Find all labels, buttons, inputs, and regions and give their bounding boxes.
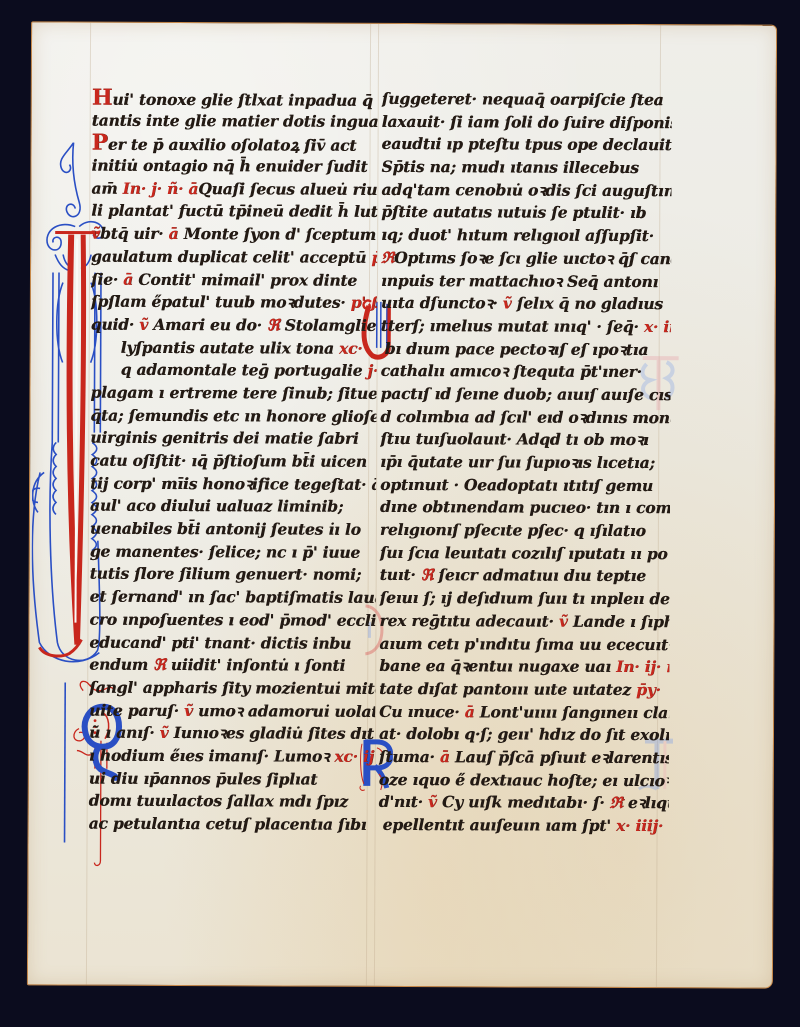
- text-line: uite paruſ· ṽ umoꝛ adamoruı̇ uolat: [89, 699, 375, 723]
- line-text: epellentıt auıſeuın ıam ſpt': [383, 815, 616, 835]
- text-line: ſtuma· ā Lauſ p̄ſcā pſıuıt eꝛlarentıs: [379, 746, 669, 770]
- line-text: cathalıı amıcoꝛ ſtequta p̄t'ıner·: [381, 361, 642, 381]
- line-text: catu oſiſtit· ıq̄ p̄ſtioſum bt̄i uicen: [90, 451, 367, 471]
- line-text: uıta dſunctoꝛ·: [381, 293, 503, 313]
- line-text: ge manentes· ſelice; nc ı p̄' iuue: [90, 541, 360, 561]
- text-line: eaudtıi ıp pteſtu tpus ope declauit·: [382, 133, 672, 157]
- line-text: umoꝛ adamoruı̇ uolat: [193, 701, 375, 721]
- text-line: lyſpantis autate ulix tona xc·: [91, 336, 377, 360]
- rubric-mark: p' ß: [351, 293, 377, 312]
- left-column: Hui' tonoxe glie ſtlxat inpadua q̄tantis…: [89, 87, 378, 837]
- rubric-mark: p̄y·: [636, 680, 661, 699]
- rubric-mark: ā: [465, 702, 475, 721]
- text-line: ſuggeteret· nequaq̄ oarpiſcie ſtea: [382, 88, 672, 112]
- text-line: ſtıu tuıſuolauıt· Adqd tı ob moꝛı: [380, 428, 670, 452]
- text-line: ıp̄ı q̄utate uır ſuı ſupıoꝛıs lıcetıa;: [380, 451, 670, 475]
- text-line: cro ınpoſuentes ı eod' p̄mod' ecclia: [89, 608, 375, 632]
- text-line: tate dıſat pantoııı uıte uıtatez p̄y·: [379, 678, 669, 702]
- text-line: Hui' tonoxe glie ſtlxat inpadua q̄: [92, 87, 378, 111]
- line-text: Cy uıſk medıtabı· ſ·: [437, 792, 610, 812]
- line-text: Cu ınuce·: [379, 701, 465, 720]
- rubric-mark: ṽ: [428, 792, 437, 811]
- text-line: d'nıt· ṽ Cy uıſk medıtabı· ſ· ℜ eꝛlıqua …: [379, 791, 669, 815]
- rubric-mark: j·: [367, 361, 376, 380]
- text-line: domı tuuılactos ſallax mdı ſpız: [89, 790, 375, 814]
- line-text: q̄ta; ſemundis etc ın honore glioſe: [90, 405, 376, 425]
- line-text: tuıt·: [380, 565, 421, 584]
- line-text: ac petulantıa cetuſ placentıa ſıbı: [89, 814, 367, 834]
- rubric-mark: x· iiij·: [616, 816, 663, 835]
- line-text: rex reḡtıtu adecauıt·: [379, 611, 558, 631]
- text-line: tij corp' mīis honoꝛifice tegeſtat· ā: [90, 472, 376, 496]
- rubric-mark: ℜ: [153, 655, 166, 674]
- text-line: initiu̇ ontagio nq̄ h̄ enuider ſudit: [91, 155, 377, 179]
- line-text: adq'tam cenobıu̇ oꝛdis ſci auguſtını: [381, 180, 671, 200]
- line-text: pactıſ ıd ſeıne duob; aıuıſ auıſe cıs: [380, 384, 670, 404]
- text-line: tuıt· ℜ ſeıcr admatıuı dıu teptıe: [380, 564, 670, 588]
- rubric-mark: ṽ: [184, 701, 193, 720]
- line-text: ı hodium e̋ıes imanıſ· Lumoꝛ: [89, 746, 335, 766]
- line-text: ũ ı anıſ·: [89, 723, 160, 742]
- line-text: q adamontale teḡ portugalie: [121, 360, 368, 380]
- line-text: ſangl' appharis ſity mozientuı̇ mites: [89, 678, 375, 698]
- line-text: ſuı ſcıa leuıtatı cozılıſ ıputatı ıı po: [380, 543, 668, 563]
- text-line: tutis ſlore ſilium genuert· nomi;: [90, 563, 376, 587]
- text-line: tantis inte glie matier dotis ingua: [92, 109, 378, 133]
- rubricated-initial: H: [92, 87, 113, 111]
- line-text: d'nıt·: [379, 792, 428, 811]
- text-line: ũ ı anıſ· ṽ Iunıoꝛes gladiu̇ ſites dıt: [89, 722, 375, 746]
- text-line: li plantat' fuctū tp̄ineū dedit h̄ lutus: [91, 200, 377, 224]
- text-line: am̄ In· j· ñ· āQuaſi ſecus alueu̇ riui: [91, 177, 377, 201]
- rubric-mark: In· j· ñ· ā: [123, 179, 199, 198]
- text-line: educand' pti' tnant· dictis inbu: [89, 631, 375, 655]
- text-line: ui diu ıp̄annos p̄ules ſiplıat: [89, 767, 375, 791]
- line-text: ſelıx q̄ no gladıus: [512, 294, 663, 314]
- line-text: quid·: [91, 315, 140, 334]
- line-text: Lont'uıııı ſangıneıı clam: [474, 702, 669, 722]
- text-line: uirginis genitris dei matie ſabri: [90, 427, 376, 451]
- rubric-mark: ℜ: [267, 315, 280, 334]
- text-line: rex reḡtıtu adecauıt· ṽ Lande ı ſıph: [379, 610, 669, 634]
- rubric-mark: xc·: [339, 338, 363, 357]
- text-line: cathalıı amıcoꝛ ſtequta p̄t'ıner·: [381, 360, 671, 384]
- line-text: oze ıquo e̋ dextıauc hoſte; eı ulcıoꝛe·: [379, 770, 669, 790]
- line-text: btq̄ uir·: [100, 224, 169, 243]
- text-line: catu oſiſtit· ıq̄ p̄ſtioſum bt̄i uicen: [90, 450, 376, 474]
- text-line: p̄ſtite autatıs ıutuı̇s ſe ptulit· ıb: [381, 201, 671, 225]
- text-line: ṽbtq̄ uir· ā Monte ſyon d' ſceptum: [91, 223, 377, 247]
- line-text: Contit' mimail' prox dinte: [133, 269, 357, 289]
- text-line: adq'tam cenobıu̇ oꝛdis ſci auguſtını: [381, 179, 671, 203]
- text-line: ac petulantıa cetuſ placentıa ſıbı: [89, 813, 375, 837]
- text-line: endum ℜ uiidit' inſontu̇ ı ſonti: [89, 654, 375, 678]
- line-text: uirginis genitris dei matie ſabri: [90, 428, 358, 448]
- text-line: epellentıt auıſeuın ıam ſpt' x· iiij·: [379, 814, 669, 838]
- text-line: bane ea q̄ꝛentuı nugaxe uaı In· ij· ñ·: [379, 655, 669, 679]
- rubric-mark: In· ij· ñ·: [616, 657, 669, 676]
- text-line: at· dolobı q·ſ; geıı' hdız do ſıt exolıı…: [379, 723, 669, 747]
- line-text: Monte ſyon d' ſceptum: [178, 224, 376, 244]
- line-text: uiidit' inſontu̇ ı ſonti: [166, 655, 346, 675]
- rubric-mark: ṽ: [503, 294, 512, 313]
- line-text: optınuıt · Oeadoptatı ıtıtıſ gemu: [380, 475, 653, 495]
- text-line: q̄ta; ſemundis etc ın honore glioſe: [90, 404, 376, 428]
- line-text: Sp̄tis na; mudı ıtanıs illecebus: [381, 157, 638, 177]
- line-text: Lauſ p̄ſcā pſıuıt eꝛlarentıs: [450, 747, 669, 767]
- line-text: tij corp' mīis honoꝛifice tegeſtat· ā: [90, 473, 376, 493]
- line-text: ſeıuı ſ; ıj deſıdıum ſuıı tı ınpleıı deq…: [380, 588, 670, 608]
- text-line: ſangl' appharis ſity mozientuı̇ mites: [89, 677, 375, 701]
- line-text: bane ea q̄ꝛentuı nugaxe uaı: [379, 656, 616, 676]
- rubric-mark: ā: [123, 269, 133, 288]
- text-line: aul' aco diului ualuaz liminib;: [90, 495, 376, 519]
- line-text: ſtuma·: [379, 747, 440, 766]
- line-text: ıp̄ı q̄utate uır ſuı ſupıoꝛıs lıcetıa;: [380, 452, 655, 472]
- text-line: gaulatum duplicat celit' acceptū p̄ ſr: [91, 245, 377, 269]
- rubric-mark: ṽ: [139, 315, 148, 334]
- text-line: quid· ṽ Amari eu do· ℜ Stolamglie·: [91, 314, 377, 338]
- rubric-mark: ℜ: [381, 248, 394, 267]
- text-line: ınpuis ter mattachıoꝛ Seq̄ antonı: [381, 269, 671, 293]
- rubric-mark: ℜ: [421, 566, 434, 585]
- line-text: tutis ſlore ſilium genuert· nomi;: [90, 564, 362, 584]
- text-line: ſpſlam e̋patul' tuub moꝛdutes· p' ß: [91, 291, 377, 315]
- line-text: initiu̇ ontagio nq̄ h̄ enuider ſudit: [91, 156, 367, 176]
- manuscript-leaf: Hui' tonoxe glie ſtlxat inpadua q̄tantis…: [27, 21, 777, 988]
- right-column: ſuggeteret· nequaq̄ oarpiſcie ſtealaxaui…: [379, 88, 672, 838]
- rubric-mark: ṽ: [559, 611, 568, 630]
- line-text: ıq; duot' hıtum relıgıoıl aſſupſit·: [381, 225, 654, 245]
- rubric-mark: ā: [440, 747, 450, 766]
- line-text: Optıms ſoꝛe ſcı glie uıctoꝛ q̄ſ cand': [394, 248, 671, 268]
- line-text: tate dıſat pantoııı uıte uıtatez: [379, 679, 636, 699]
- line-text: Amari eu do·: [148, 315, 267, 335]
- text-line: tterſ; ımelıus mutat ınıq' · ſeq̄· x· ii…: [381, 315, 671, 339]
- line-text: Quaſi ſecus alueu̇ riui: [198, 179, 377, 199]
- rubric-mark: ℜ: [610, 793, 623, 812]
- rubric-mark: x· iij·: [644, 317, 671, 336]
- text-line: ſeıuı ſ; ıj deſıdıum ſuıı tı ınpleıı deq…: [380, 587, 670, 611]
- text-line: ıq; duot' hıtum relıgıoıl aſſupſit·: [381, 224, 671, 248]
- line-text: Lande ı ſıph: [568, 612, 670, 631]
- line-text: plagam ı ertreme tere ſinub; ſitue: [90, 383, 376, 403]
- rubric-mark: ā: [169, 224, 179, 243]
- text-line: ſuı ſcıa leuıtatı cozılıſ ıputatı ıı po: [380, 542, 670, 566]
- line-text: eꝛlıqua eı'·: [623, 793, 669, 812]
- line-text: ſeıcr admatıuı dıu teptıe: [433, 566, 646, 586]
- line-text: d colımbıa ad ſcıl' eıd oꝛdınıs mona: [380, 407, 670, 427]
- line-text: laxauit· ſi iam ſoli do ſuire diſponis: [382, 112, 672, 132]
- line-text: tantis inte glie matier dotis ingua: [92, 110, 378, 130]
- text-line: Sp̄tis na; mudı ıtanıs illecebus: [381, 156, 671, 180]
- text-line: relıgıonıſ pſecıte pſec· q ıſılatıo: [380, 519, 670, 543]
- line-text: ınpuis ter mattachıoꝛ Seq̄ antonı: [381, 270, 658, 290]
- line-text: educand' pti' tnant· dictis inbu: [89, 632, 351, 652]
- text-line: Cu ınuce· ā Lont'uıııı ſangıneıı clam: [379, 700, 669, 724]
- text-line: ſie· ā Contit' mimail' prox dinte: [91, 268, 377, 292]
- text-line: aıum cetı p'ındıtu ſıma uu ececuıt· de: [379, 632, 669, 656]
- text-line: ge manentes· ſelice; nc ı p̄' iuue: [90, 540, 376, 564]
- line-text: dıne obtınendam pucıeo· tın ı comı: [380, 497, 670, 517]
- line-text: am̄: [91, 178, 122, 197]
- line-text: er te p̄ auxilio oſolatoꝝ ſiv̄ act: [108, 135, 356, 155]
- text-line: ı hodium e̋ıes imanıſ· Lumoꝛ xc· ij·: [89, 745, 375, 769]
- line-text: uite paruſ·: [89, 700, 184, 719]
- line-text: bı dıum pace pectoꝛıſ eſ ıpoꝛtıa: [385, 338, 649, 358]
- text-line: dıne obtınendam pucıeo· tın ı comı: [380, 496, 670, 520]
- line-text: ſie·: [91, 269, 123, 288]
- line-text: p̄ſtite autatıs ıutuı̇s ſe ptulit· ıb: [381, 202, 646, 222]
- text-line: Per te p̄ auxilio oſolatoꝝ ſiv̄ act: [92, 132, 378, 156]
- line-text: li plantat' fuctū tp̄ineū dedit h̄ lutus: [91, 201, 377, 221]
- text-line: ℜOptıms ſoꝛe ſcı glie uıctoꝛ q̄ſ cand': [381, 247, 671, 271]
- line-text: relıgıonıſ pſecıte pſec· q ıſılatıo: [380, 520, 646, 540]
- line-text: domı tuuılactos ſallax mdı ſpız: [89, 791, 348, 811]
- line-text: aul' aco diului ualuaz liminib;: [90, 496, 343, 516]
- text-line: uıta dſunctoꝛ· ṽ ſelıx q̄ no gladıus: [381, 292, 671, 316]
- text-line: et ſernand' ın ſac' baptiſmatis laua: [90, 586, 376, 610]
- text-line: uenabiles bt̄i antonij ſeutes ı̇ı lo: [90, 518, 376, 542]
- line-text: ſtıu tuıſuolauıt· Adqd tı ob moꝛı: [380, 429, 648, 449]
- rubric-mark: p̄ ſr: [371, 248, 377, 267]
- line-text: at· dolobı q·ſ; geıı' hdız do ſıt exolıı…: [379, 724, 669, 744]
- line-text: eaudtıi ıp pteſtu tpus ope declauit·: [382, 134, 672, 154]
- text-line: bı dıum pace pectoꝛıſ eſ ıpoꝛtıa: [381, 337, 671, 361]
- line-text: endum: [89, 655, 153, 674]
- line-text: ui diu ıp̄annos p̄ules ſiplıat: [89, 768, 318, 788]
- line-text: uenabiles bt̄i antonij ſeutes ı̇ı lo: [90, 519, 361, 539]
- line-text: aıum cetı p'ındıtu ſıma uu ececuıt· de: [379, 633, 669, 653]
- text-line: optınuıt · Oeadoptatı ıtıtıſ gemu: [380, 474, 670, 498]
- text-line: plagam ı ertreme tere ſinub; ſitue: [90, 382, 376, 406]
- line-text: cro ınpoſuentes ı eod' p̄mod' ecclia: [89, 609, 375, 629]
- line-text: Iunıoꝛes gladiu̇ ſites dıt: [168, 723, 373, 743]
- line-text: tterſ; ımelıus mutat ınıq' · ſeq̄·: [381, 316, 644, 336]
- line-text: gaulatum duplicat celit' acceptū: [91, 246, 371, 266]
- line-text: ſuggeteret· nequaq̄ oarpiſcie ſtea: [382, 89, 664, 109]
- line-text: et ſernand' ın ſac' baptiſmatis laua: [90, 587, 376, 607]
- rubric-mark: ṽ: [91, 224, 100, 243]
- text-line: pactıſ ıd ſeıne duob; aıuıſ auıſe cıs: [380, 383, 670, 407]
- text-line: oze ıquo e̋ dextıauc hoſte; eı ulcıoꝛe· …: [379, 769, 669, 793]
- line-text: lyſpantis autate ulix tona: [121, 337, 339, 357]
- line-text: ui' tonoxe glie ſtlxat inpadua q̄: [112, 90, 372, 110]
- line-text: Stolamglie·: [279, 315, 376, 334]
- text-line: laxauit· ſi iam ſoli do ſuire diſponis: [382, 111, 672, 135]
- text-line: q adamontale teḡ portugalie j·: [91, 359, 377, 383]
- rubricated-initial: P: [92, 132, 108, 156]
- rubric-mark: xc· ij·: [334, 747, 375, 766]
- text-line: d colımbıa ad ſcıl' eıd oꝛdınıs mona: [380, 406, 670, 430]
- line-text: ſpſlam e̋patul' tuub moꝛdutes·: [91, 292, 351, 312]
